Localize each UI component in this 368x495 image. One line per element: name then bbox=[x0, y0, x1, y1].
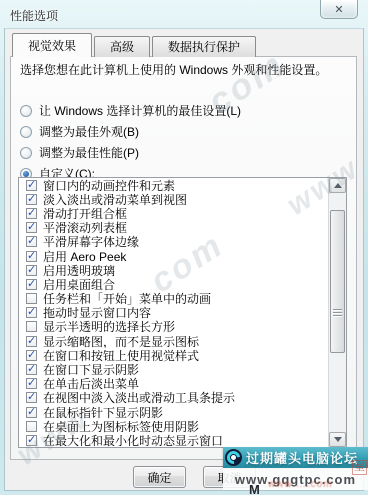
tab-label: 数据执行保护 bbox=[168, 40, 240, 54]
effect-label: 在鼠标指针下显示阴影 bbox=[43, 405, 163, 419]
effect-checkbox-row[interactable]: 在窗口和按钮上使用视觉样式 bbox=[19, 348, 346, 362]
scrollbar-grip-icon bbox=[333, 309, 342, 310]
effect-label: 显示缩略图，而不是显示图标 bbox=[43, 334, 199, 348]
effect-checkbox-row[interactable]: 淡入淡出或滑动菜单到视图 bbox=[19, 192, 346, 206]
effect-label: 滑动打开组合框 bbox=[43, 206, 127, 220]
effect-label: 窗口内的动画控件和元素 bbox=[43, 178, 175, 192]
radio-icon bbox=[20, 105, 32, 117]
effect-checkbox-row[interactable]: 显示缩略图，而不是显示图标 bbox=[19, 334, 346, 348]
checkbox-icon[interactable] bbox=[26, 208, 37, 219]
checkbox-icon[interactable] bbox=[26, 265, 37, 276]
effect-label: 启用 Aero Peek bbox=[43, 249, 126, 263]
checkbox-icon[interactable] bbox=[26, 180, 37, 191]
radio-option[interactable]: 调整为最佳外观(B) bbox=[20, 121, 241, 142]
effect-label: 淡入淡出或滑动菜单到视图 bbox=[43, 192, 187, 206]
radio-icon bbox=[20, 126, 32, 138]
effect-checkbox-row[interactable]: 拖动时显示窗口内容 bbox=[19, 306, 346, 320]
instruction-text: 选择您想在此计算机上使用的 Windows 外观和性能设置。 bbox=[20, 63, 354, 78]
effect-checkbox-row[interactable]: 任务栏和「开始」菜单中的动画 bbox=[19, 292, 346, 306]
checkbox-icon[interactable] bbox=[26, 194, 37, 205]
radio-label: 让 Windows 选择计算机的最佳设置(L) bbox=[39, 102, 241, 119]
close-button[interactable]: ✕ bbox=[320, 0, 358, 19]
visual-effects-listbox: 窗口内的动画控件和元素 淡入淡出或滑动菜单到视图 滑动打开组合框 平滑滚动列表框 bbox=[18, 177, 347, 448]
checkbox-icon[interactable] bbox=[26, 435, 37, 446]
checkbox-icon[interactable] bbox=[26, 336, 37, 347]
effect-label: 在桌面上为图标标签使用阴影 bbox=[43, 419, 199, 433]
radio-group: 让 Windows 选择计算机的最佳设置(L) 调整为最佳外观(B) 调整为最佳… bbox=[20, 100, 241, 184]
effect-checkbox-row[interactable]: 平滑滚动列表框 bbox=[19, 221, 346, 235]
radio-option[interactable]: 让 Windows 选择计算机的最佳设置(L) bbox=[20, 100, 241, 121]
tab-advanced[interactable]: 高级 bbox=[94, 36, 150, 57]
effect-checkbox-row[interactable]: 平滑屏幕字体边缘 bbox=[19, 235, 346, 249]
effect-checkbox-row[interactable]: 窗口内的动画控件和元素 bbox=[19, 178, 346, 192]
checkbox-icon[interactable] bbox=[26, 307, 37, 318]
effect-checkbox-row[interactable]: 启用透明玻璃 bbox=[19, 263, 346, 277]
effect-checkbox-row[interactable]: 滑动打开组合框 bbox=[19, 206, 346, 220]
effect-label: 在窗口下显示阴影 bbox=[43, 362, 139, 376]
effect-label: 在单击后淡出菜单 bbox=[43, 377, 139, 391]
scroll-down-button[interactable] bbox=[329, 432, 346, 447]
red-watermark-text: www.….com bbox=[268, 479, 333, 490]
radio-option[interactable]: 调整为最佳性能(P) bbox=[20, 142, 241, 163]
effect-label: 平滑屏幕字体边缘 bbox=[43, 235, 139, 249]
checkbox-icon[interactable] bbox=[26, 378, 37, 389]
tab-visual-effects[interactable]: 视觉效果 bbox=[12, 33, 92, 57]
tab-label: 高级 bbox=[110, 40, 134, 54]
effect-checkbox-row[interactable]: 显示半透明的选择长方形 bbox=[19, 320, 346, 334]
checkbox-icon[interactable] bbox=[26, 251, 37, 262]
scroll-up-button[interactable] bbox=[329, 178, 346, 193]
close-icon: ✕ bbox=[334, 3, 343, 16]
checkbox-icon[interactable] bbox=[26, 236, 37, 247]
tab-data-execution-prevention[interactable]: 数据执行保护 bbox=[152, 36, 256, 57]
arrow-up-icon bbox=[334, 183, 342, 188]
tab-bar: 视觉效果 高级 数据执行保护 bbox=[12, 33, 258, 57]
radio-label: 调整为最佳性能(P) bbox=[39, 144, 139, 161]
ok-button[interactable]: 确定 bbox=[133, 466, 186, 488]
forum-logo-icon bbox=[225, 449, 242, 466]
checkbox-icon[interactable] bbox=[26, 350, 37, 361]
effect-checkbox-row[interactable]: 在桌面上为图标标签使用阴影 bbox=[19, 419, 346, 433]
checkbox-icon[interactable] bbox=[26, 421, 37, 432]
radio-icon bbox=[20, 147, 32, 159]
effect-label: 平滑滚动列表框 bbox=[43, 221, 127, 235]
effect-label: 显示半透明的选择长方形 bbox=[43, 320, 175, 334]
watermark-site-name: 过期罐头电脑论坛 bbox=[246, 448, 358, 467]
effect-checkbox-row[interactable]: 启用桌面组合 bbox=[19, 277, 346, 291]
effect-label: 启用透明玻璃 bbox=[43, 263, 115, 277]
vertical-scrollbar[interactable] bbox=[328, 178, 346, 447]
effect-checkbox-row[interactable]: 在鼠标指针下显示阴影 bbox=[19, 405, 346, 419]
effect-checkbox-row[interactable]: 在视图中淡入淡出或滑动工具条提示 bbox=[19, 391, 346, 405]
effect-label: 拖动时显示窗口内容 bbox=[43, 306, 151, 320]
scrollbar-thumb[interactable] bbox=[330, 210, 345, 353]
checkbox-icon[interactable] bbox=[26, 392, 37, 403]
checkbox-icon[interactable] bbox=[26, 407, 37, 418]
checkbox-icon[interactable] bbox=[26, 279, 37, 290]
window-title: 性能选项 bbox=[10, 7, 58, 24]
effect-checkbox-row[interactable]: 在单击后淡出菜单 bbox=[19, 377, 346, 391]
checkbox-icon[interactable] bbox=[26, 321, 37, 332]
radio-label: 调整为最佳外观(B) bbox=[39, 123, 139, 140]
checkbox-icon[interactable] bbox=[26, 364, 37, 375]
effect-label: 启用桌面组合 bbox=[43, 277, 115, 291]
effect-checkbox-row[interactable]: 启用 Aero Peek bbox=[19, 249, 346, 263]
tab-label: 视觉效果 bbox=[28, 39, 76, 53]
effect-label: 在视图中淡入淡出或滑动工具条提示 bbox=[43, 391, 235, 405]
effect-checkbox-row[interactable]: 在最大化和最小化时动态显示窗口 bbox=[19, 433, 346, 447]
effect-checkbox-row[interactable]: 在窗口下显示阴影 bbox=[19, 362, 346, 376]
effect-label: 在最大化和最小化时动态显示窗口 bbox=[43, 433, 223, 447]
performance-options-dialog: 性能选项 ✕ 视觉效果 高级 数据执行保护 选择您想在此计算机上使用的 Wind… bbox=[0, 0, 368, 495]
checkbox-icon[interactable] bbox=[26, 293, 37, 304]
arrow-down-icon bbox=[334, 437, 342, 442]
watermark-banner: 过期罐头电脑论坛 bbox=[223, 447, 368, 468]
partial-logo-icon: M bbox=[249, 482, 260, 495]
effect-label: 在窗口和按钮上使用视觉样式 bbox=[43, 348, 199, 362]
red-stamp: 室 bbox=[352, 460, 367, 475]
effects-rows: 窗口内的动画控件和元素 淡入淡出或滑动菜单到视图 滑动打开组合框 平滑滚动列表框 bbox=[19, 178, 346, 448]
checkbox-icon[interactable] bbox=[26, 222, 37, 233]
effect-label: 任务栏和「开始」菜单中的动画 bbox=[43, 292, 211, 306]
